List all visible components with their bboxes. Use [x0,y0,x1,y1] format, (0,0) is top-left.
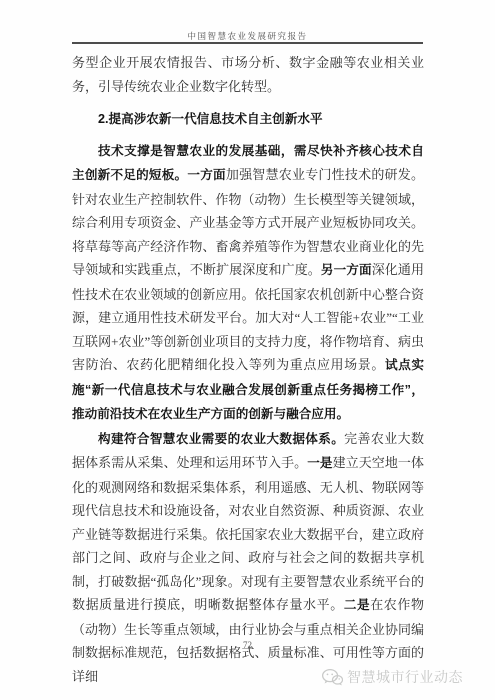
paragraph: 技术支撑是智慧农业的发展基础，需尽快补齐核心技术自主创新不足的短板。一方面加强智… [72,139,424,427]
text-segment: 加强智慧农业专门性技术的研发。针对农业生产控制软件、作物（动物）生长模型等关键领… [72,167,424,277]
section-heading: 2.提高涉农新一代信息技术自主创新水平 [72,107,424,132]
watermark-label: 智慧城市行业动态 [347,667,463,687]
paragraph: 务型企业开展农情报告、市场分析、数字金融等农业相关业务，引导传统农业企业数字化转… [72,51,424,98]
text-segment: 深化通用性技术在农业领域的创新应用。依托国家农机创新中心整合资源，建立通用性技术… [72,262,424,372]
text-segment: 务型企业开展农情报告、市场分析、数字金融等农业相关业务，引导传统农业企业数字化转… [72,55,424,94]
text-segment-bold: 构建符合智慧农业需要的农业大数据体系。 [98,432,344,446]
text-segment-bold: 2.提高涉农新一代信息技术自主创新水平 [98,112,323,126]
page-number: 72 [0,640,495,650]
text-segment-bold: 一是 [307,456,332,470]
document-body: 务型企业开展农情报告、市场分析、数字金融等农业相关业务，引导传统农业企业数字化转… [72,51,424,688]
document-page: 中国智慧农业发展研究报告 务型企业开展农情报告、市场分析、数字金融等农业相关业务… [0,0,495,700]
header-rule [72,42,423,44]
header-title: 中国智慧农业发展研究报告 [187,30,307,42]
watermark: 智慧城市行业动态 [322,667,463,687]
text-segment-bold: 另一方面 [321,263,372,277]
text-segment-bold: 二是 [344,598,370,612]
text-segment: 建立天空地一体化的观测网络和数据采集体系，利用遥感、无人机、物联网等现代信息技术… [72,455,424,612]
wechat-icon [322,669,343,686]
